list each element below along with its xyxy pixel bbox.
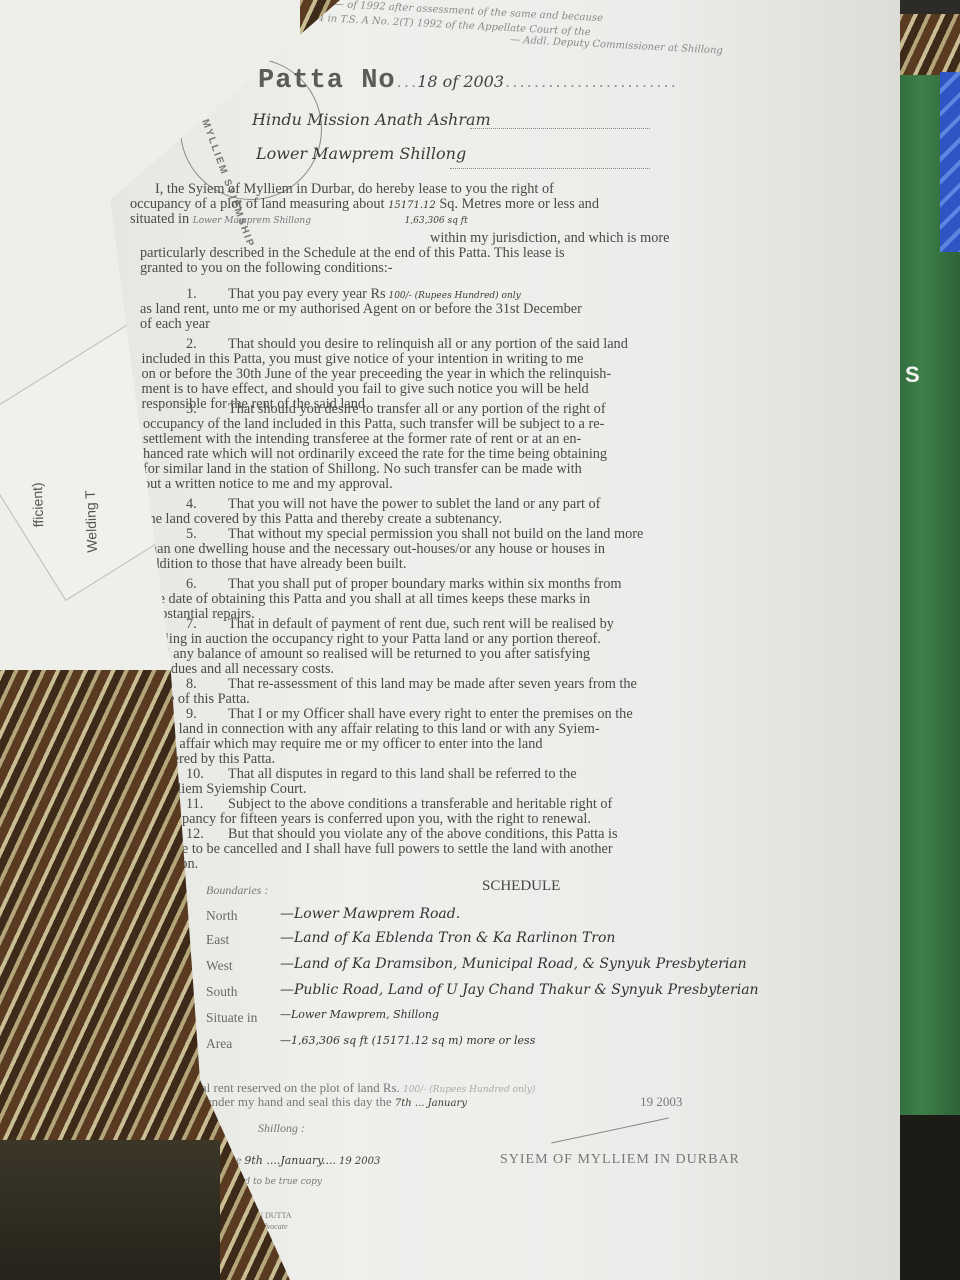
condition-number: 1. bbox=[186, 286, 197, 302]
condition-6-line: the date of obtaining this Patta and you… bbox=[148, 591, 591, 607]
condition-2-line: included in this Patta, you must give no… bbox=[142, 351, 584, 367]
boundary-label: North bbox=[206, 908, 238, 924]
intro-line-4: within my jurisdiction, and which is mor… bbox=[430, 230, 669, 246]
dotted-line bbox=[470, 128, 650, 129]
condition-3-line: hanced rate which will not ordinarily ex… bbox=[143, 446, 607, 462]
floor-shadow-left bbox=[0, 1140, 220, 1280]
booklet-label: Welding T bbox=[82, 490, 100, 553]
condition-9-line: said land in connection with any affair … bbox=[152, 721, 600, 737]
condition-5-line: than one dwelling house and the necessar… bbox=[146, 541, 605, 557]
patta-document: Patta No. 1634 — of 1992 after assessmen… bbox=[110, 0, 900, 1280]
authority: SYIEM OF MYLLIEM IN DURBAR bbox=[500, 1152, 740, 1168]
condition-3-line: occupancy of the land included in this P… bbox=[143, 416, 604, 432]
schedule-heading: SCHEDULE bbox=[482, 878, 560, 895]
condition-9-line: ship affair which may require me or my o… bbox=[152, 736, 543, 752]
area-sqft-handwritten: 1,63,306 sq ft bbox=[405, 216, 468, 226]
location-handwritten: Lower Mawprem Shillong bbox=[193, 216, 311, 226]
condition-5-line: addition to those that have already been… bbox=[146, 556, 406, 572]
condition-10-line: 10.That all disputes in regard to this l… bbox=[228, 766, 577, 782]
condition-number: 5. bbox=[186, 526, 197, 542]
condition-number: 7. bbox=[186, 616, 197, 632]
condition-3-line: 3.That should you desire to transfer all… bbox=[228, 401, 606, 417]
condition-2-line: 2.That should you desire to relinquish a… bbox=[228, 336, 628, 352]
condition-number: 3. bbox=[186, 401, 197, 417]
dotted-line bbox=[450, 168, 650, 169]
title-label: Patta No bbox=[258, 66, 396, 96]
patta-number: 18 of 2003 bbox=[417, 72, 504, 91]
boundary-value: —Land of Ka Dramsibon, Municipal Road, &… bbox=[280, 956, 747, 972]
condition-7-line: 7.That in default of payment of rent due… bbox=[228, 616, 614, 632]
given-line: Given under my hand and seal this day th… bbox=[170, 1094, 682, 1112]
book-letter: S bbox=[905, 362, 920, 388]
condition-4-line: the land covered by this Patta and there… bbox=[145, 511, 503, 527]
place: Shillong : bbox=[258, 1120, 305, 1136]
condition-number: 10. bbox=[186, 766, 204, 782]
intro-line-3: situated in Lower Mawprem Shillong 1,63,… bbox=[130, 211, 468, 229]
boundary-value: —Lower Mawprem, Shillong bbox=[280, 1008, 439, 1021]
condition-number: 2. bbox=[186, 336, 197, 352]
intro-line-6: granted to you on the following conditio… bbox=[140, 260, 393, 276]
condition-3-line: out a written notice to me and my approv… bbox=[143, 476, 393, 492]
boundary-label: Situate in bbox=[206, 1010, 257, 1026]
condition-2-line: ment is to have effect, and should you f… bbox=[142, 381, 589, 397]
boundary-value: —Lower Mawprem Road. bbox=[280, 906, 460, 922]
lessee-name: Hindu Mission Anath Ashram bbox=[252, 112, 491, 128]
condition-3-line: settlement with the intending transferee… bbox=[143, 431, 581, 447]
condition-11-line: occupancy for fifteen years is conferred… bbox=[155, 811, 591, 827]
booklet-label-2: fficient) bbox=[29, 482, 47, 527]
boundary-label: Area bbox=[206, 1036, 232, 1052]
condition-9-line: 9.That I or my Officer shall have every … bbox=[228, 706, 633, 722]
condition-12-line: 12.But that should you violate any of th… bbox=[228, 826, 618, 842]
condition-5-line: 5.That without my special permission you… bbox=[228, 526, 643, 542]
condition-7-line: and any balance of amount so realised wi… bbox=[149, 646, 590, 662]
condition-7-line: selling in auction the occupancy right t… bbox=[149, 631, 601, 647]
condition-3-line: for similar land in the station of Shill… bbox=[143, 461, 582, 477]
intro-line-5: particularly described in the Schedule a… bbox=[140, 245, 565, 261]
signature bbox=[551, 1118, 669, 1144]
condition-1-line: as land rent, unto me or my authorised A… bbox=[140, 301, 582, 317]
condition-number: 8. bbox=[186, 676, 197, 692]
date-line: Date 9th ....January.... 19 2003 bbox=[218, 1152, 380, 1170]
condition-number: 6. bbox=[186, 576, 197, 592]
patta-title: Patta No...18 of 2003...................… bbox=[258, 66, 677, 96]
condition-1-line: of each year bbox=[140, 316, 210, 332]
margin-note-3: — Addl. Deputy Commissioner at Shillong bbox=[510, 34, 723, 56]
condition-number: 9. bbox=[186, 706, 197, 722]
condition-11-line: 11.Subject to the above conditions a tra… bbox=[228, 796, 612, 812]
boundary-value: —Public Road, Land of U Jay Chand Thakur… bbox=[280, 982, 759, 998]
condition-6-line: 6.That you shall put of proper boundary … bbox=[228, 576, 622, 592]
condition-7-line: my dues and all necessary costs. bbox=[149, 661, 334, 677]
rent-handwritten: 100/- (Rupees Hundred) only bbox=[386, 291, 521, 301]
area-handwritten: 15171.12 bbox=[388, 200, 436, 211]
boundary-label: East bbox=[206, 932, 229, 948]
condition-8-line: 8.That re-assessment of this land may be… bbox=[228, 676, 637, 692]
condition-number: 12. bbox=[186, 826, 204, 842]
condition-12-line: liable to be cancelled and I shall have … bbox=[157, 841, 613, 857]
boundaries-label: Boundaries : bbox=[206, 882, 268, 898]
boundary-value: —Land of Ka Eblenda Tron & Ka Rarlinon T… bbox=[280, 930, 615, 946]
lessee-address: Lower Mawprem Shillong bbox=[256, 146, 466, 162]
condition-number: 11. bbox=[186, 796, 203, 812]
condition-number: 4. bbox=[186, 496, 197, 512]
condition-4-line: 4.That you will not have the power to su… bbox=[228, 496, 600, 512]
boundary-label: West bbox=[206, 958, 233, 974]
boundary-label: South bbox=[206, 984, 238, 1000]
boundary-value: —1,63,306 sq ft (15171.12 sq m) more or … bbox=[280, 1034, 535, 1047]
blue-book bbox=[940, 72, 960, 252]
intro-line-1: I, the Syiem of Mylliem in Durbar, do he… bbox=[155, 181, 554, 197]
condition-2-line: on or before the 30th June of the year p… bbox=[142, 366, 612, 382]
